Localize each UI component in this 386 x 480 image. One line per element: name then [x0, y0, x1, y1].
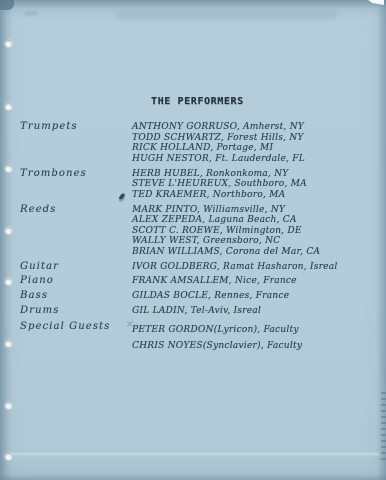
show-through-smudge	[115, 11, 337, 19]
section-members: IVOR GOLDBERG, Ramat Hasharon, Isreal	[132, 262, 337, 273]
performer-line: STEVE L'HEUREUX, Southboro, MA	[132, 179, 307, 190]
section-members: ANTHONY GORRUSO, Amherst, NYTODD SCHWART…	[132, 122, 305, 164]
section-members: GILDAS BOCLE, Rennes, France	[132, 291, 289, 302]
performer-line: ANTHONY GORRUSO, Amherst, NY	[132, 122, 305, 133]
page-bottom-edge-shadow	[0, 474, 386, 480]
performer-line: HERB HUBEL, Ronkonkoma, NY	[132, 169, 307, 180]
performer-line: TED KRAEMER, Northboro, MA	[132, 190, 307, 201]
performer-line: MARK PINTO, Williamsville, NY	[132, 205, 320, 216]
section-label: Drums	[0, 306, 132, 317]
section-members: HERB HUBEL, Ronkonkoma, NYSTEVE L'HEUREU…	[132, 169, 307, 201]
performer-line: GILDAS BOCLE, Rennes, France	[132, 291, 289, 302]
section-members: GIL LADIN, Tel-Aviv, Isreal	[132, 306, 261, 317]
top-left-corner-shadow	[0, 0, 14, 10]
punch-hole	[5, 453, 12, 460]
paper-crease-line	[10, 453, 380, 455]
page-title: THE PERFORMERS	[151, 96, 244, 107]
scanned-program-page: THE PERFORMERS TrumpetsANTHONY GORRUSO, …	[0, 0, 386, 480]
performer-section: DrumsGIL LADIN, Tel-Aviv, Isreal	[0, 306, 386, 317]
ink-smudge	[24, 11, 38, 16]
performer-line: RICK HOLLAND, Portage, MI	[132, 143, 305, 154]
performers-list: TrumpetsANTHONY GORRUSO, Amherst, NYTODD…	[0, 122, 386, 358]
section-label: Trumpets	[0, 122, 132, 164]
performer-section: BassGILDAS BOCLE, Rennes, France	[0, 291, 386, 302]
section-members: MARK PINTO, Williamsville, NYALEX ZEPEDA…	[132, 205, 320, 258]
right-edge-fray-texture	[381, 392, 386, 462]
performer-line: GIL LADIN, Tel-Aviv, Isreal	[132, 306, 261, 317]
performer-section: Special GuestsPETER GORDON(Lyricon), Fac…	[0, 322, 386, 354]
performer-line: HUGH NESTOR, Ft. Lauderdale, FL	[132, 154, 305, 165]
performer-section: PianoFRANK AMSALLEM, Nice, France	[0, 276, 386, 287]
section-label: Guitar	[0, 262, 132, 273]
section-label: Piano	[0, 276, 132, 287]
performer-line: FRANK AMSALLEM, Nice, France	[132, 276, 297, 287]
section-label: Trombones	[0, 169, 132, 201]
punch-hole	[5, 40, 12, 47]
section-label: Bass	[0, 291, 132, 302]
section-label: Special Guests	[0, 322, 132, 354]
performer-line: SCOTT C. ROEWE, Wilmington, DE	[132, 226, 320, 237]
performer-line: CHRIS NOYES(Synclavier), Faculty	[132, 338, 302, 354]
punch-hole	[5, 402, 12, 409]
performer-line: IVOR GOLDBERG, Ramat Hasharon, Isreal	[132, 262, 337, 273]
performer-line: TODD SCHWARTZ, Forest Hills, NY	[132, 133, 305, 144]
section-members: PETER GORDON(Lyricon), FacultyCHRIS NOYE…	[132, 322, 302, 354]
section-members: FRANK AMSALLEM, Nice, France	[132, 276, 297, 287]
performer-section: ReedsMARK PINTO, Williamsville, NYALEX Z…	[0, 205, 386, 258]
performer-section: TrombonesHERB HUBEL, Ronkonkoma, NYSTEVE…	[0, 169, 386, 201]
page-top-edge-shadow	[0, 0, 386, 9]
section-label: Reeds	[0, 205, 132, 258]
performer-line: PETER GORDON(Lyricon), Faculty	[132, 322, 302, 338]
performer-line: BRIAN WILLIAMS, Corona del Mar, CA	[132, 247, 320, 258]
performer-line: ALEX ZEPEDA, Laguna Beach, CA	[132, 215, 320, 226]
punch-hole	[5, 103, 12, 110]
performer-section: GuitarIVOR GOLDBERG, Ramat Hasharon, Isr…	[0, 262, 386, 273]
performer-line: WALLY WEST, Greensboro, NC	[132, 236, 320, 247]
performer-section: TrumpetsANTHONY GORRUSO, Amherst, NYTODD…	[0, 122, 386, 164]
